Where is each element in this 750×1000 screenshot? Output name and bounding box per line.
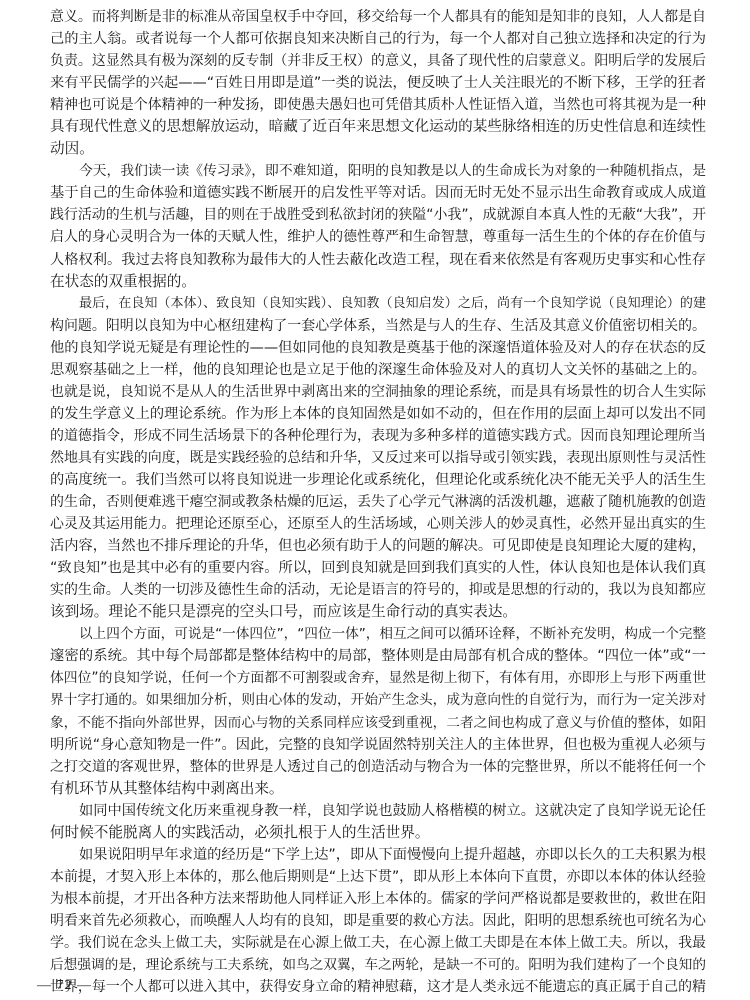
text-line: 学。我们说在念头上做工夫，实际就是在心源上做工夫，在心源上做工夫即是在本体上做工… <box>50 932 706 954</box>
paragraph: 最后，在良知（本体）、致良知（良知实践）、良知教（良知启发）之后，尚有一个良知学… <box>50 293 706 624</box>
text-line: 的道德指令，形成不同生活场景下的各种伦理行为，表现为多种多样的道德实践方式。因而… <box>50 425 706 447</box>
text-line: “致良知”也是其中必有的重要内容。所以，回到良知就是回到我们真实的人性，体认良知… <box>50 557 706 579</box>
text-line: 的生命，否则便难逃干瘪空洞或教条枯燥的厄运，丢失了心学元气淋漓的活泼机趣，遮蔽了… <box>50 491 706 513</box>
text-line: 意义。而将判断是非的标准从帝国皇权手中夺回，移交给每一个人都具有的能知是知非的良… <box>50 6 706 28</box>
text-line: 体四位”的良知学说，任何一个方面都不可割裂或舍弃，显然是彻上彻下，有体有用，亦即… <box>50 667 706 689</box>
book-page: 意义。而将判断是非的标准从帝国皇权手中夺回，移交给每一个人都具有的能知是知非的良… <box>0 0 750 1000</box>
text-line: 构问题。阳明以良知为中心枢纽建构了一套心学体系，当然是与人的生存、生活及其意义价… <box>50 315 706 337</box>
text-line: 后想强调的是，理论系统与工夫系统，如鸟之双翼，车之两轮，是缺一不可的。阳明为我们… <box>50 954 706 976</box>
text-line: 动因。 <box>50 138 706 160</box>
text-line: 人格权利。我过去将良知教称为最伟大的人性去蔽化改造工程，现在看来依然是有客观历史… <box>50 249 706 271</box>
text-line: 之打交道的客观世界，整体的世界是人透过自己的创造活动与物合为一体的完整世界，所以… <box>50 756 706 778</box>
text-line: 的高度统一。我们当然可以将良知说进一步理论化或系统化，但理论化或系统化决不能无关… <box>50 469 706 491</box>
text-line: 最后，在良知（本体）、致良知（良知实践）、良知教（良知启发）之后，尚有一个良知学… <box>50 293 706 315</box>
text-line: 世界，每一个人都可以进入其中，获得安身立命的精神慰藉，这才是人类永远不能遗忘的真… <box>50 976 706 998</box>
text-line: 思观察基础之上一样，他的良知理论也是立足于他的深邃生命体验及对人的真切人文关怀的… <box>50 359 706 381</box>
text-line: 来有平民儒学的兴起——“百姓日用即是道”一类的说法，便反映了士人关注眼光的不断下… <box>50 72 706 94</box>
text-line: 如果说阳明早年求道的经历是“下学上达”，即从下面慢慢向上提升超越，亦即以长久的工… <box>50 844 706 866</box>
text-line: 为根本前提，才开出各种方法来帮助他人同样证入形上本体的。儒家的学问严格说都是要救… <box>50 888 706 910</box>
text-line: 也就是说，良知说不是从人的生活世界中剥离出来的空洞抽象的理论系统，而是具有场景性… <box>50 381 706 403</box>
paragraph: 如果说阳明早年求道的经历是“下学上达”，即从下面慢慢向上提升超越，亦即以长久的工… <box>50 844 706 998</box>
text-line: 何时候不能脱离人的实践活动，必须扎根于人的生活世界。 <box>50 822 706 844</box>
text-line: 活内容，当然也不排斥理论的升华，但也必须有助于人的问题的解决。可见即使是良知理论… <box>50 535 706 557</box>
text-line: 然地具有实践的向度，既是实践经验的总结和升华，又反过来可以指导或引领实践，表现出… <box>50 447 706 469</box>
text-line: 本前提，才契入形上本体的，那么他后期则是“上达下贯”，即从形上本体向下直贯，亦即… <box>50 866 706 888</box>
paragraph: 今天，我们读一读《传习录》，即不难知道，阳明的良知教是以人的生命成长为对象的一种… <box>50 160 706 292</box>
paragraph: 意义。而将判断是非的标准从帝国皇权手中夺回，移交给每一个人都具有的能知是知非的良… <box>50 6 706 160</box>
body-text: 意义。而将判断是非的标准从帝国皇权手中夺回，移交给每一个人都具有的能知是知非的良… <box>50 6 706 998</box>
text-line: 负责。这显然具有极为深刻的反专制（并非反王权）的意义，具备了现代性的启蒙意义。阳… <box>50 50 706 72</box>
paragraph: 以上四个方面，可说是“一体四位”，“四位一体”，相互之间可以循环诠释，不断补充发… <box>50 623 706 799</box>
text-line: 明所说“身心意知物是一件”。因此，完整的良知学说固然特别关注人的主体世界，但也极… <box>50 734 706 756</box>
text-line: 象，不能不指向外部世界，因而心与物的关系同样应该受到重视，二者之间也构成了意义与… <box>50 712 706 734</box>
text-line: 有机环节从其整体结构中剥离出来。 <box>50 778 706 800</box>
text-line: 明看来首先必须救心，而唤醒人人均有的良知，即是重要的救心方法。因此，阳明的思想系… <box>50 910 706 932</box>
text-line: 具有现代性意义的思想解放运动，暗藏了近百年来思想文化运动的某些脉络相连的历史性信… <box>50 116 706 138</box>
text-line: 该到场。理论不能只是漂亮的空头口号，而应该是生命行动的真实表达。 <box>50 601 706 623</box>
text-line: 践行活动的生机与活趣，目的则在于战胜受到私欲封闭的狭隘“小我”，成就源自本真人性… <box>50 204 706 226</box>
paragraph: 如同中国传统文化历来重视身教一样，良知学说也鼓励人格楷模的树立。这就决定了良知学… <box>50 800 706 844</box>
text-line: 实的生命。人类的一切涉及德性生命的活动，无论是语言的符号的，抑或是思想的行动的，… <box>50 579 706 601</box>
text-line: 他的良知学说无疑是有理论性的——但如同他的良知教是奠基于他的深邃悟道体验及对人的… <box>50 337 706 359</box>
text-line: 启人的身心灵明合为一体的天赋人性，维护人的德性尊严和生命智慧，尊重每一活生生的个… <box>50 226 706 248</box>
text-line: 以上四个方面，可说是“一体四位”，“四位一体”，相互之间可以循环诠释，不断补充发… <box>50 623 706 645</box>
text-line: 精神也可说是个体精神的一种发扬，即使愚夫愚妇也可凭借其质朴人性证悟入道，当然也可… <box>50 94 706 116</box>
text-line: 在状态的双重根据的。 <box>50 271 706 293</box>
text-line: 如同中国传统文化历来重视身教一样，良知学说也鼓励人格楷模的树立。这就决定了良知学… <box>50 800 706 822</box>
text-line: 心灵及其运用能力。把理论还原至心，还原至人的生活场域，心则关涉人的妙灵真性，必然… <box>50 513 706 535</box>
page-number: — 72 — <box>37 978 92 994</box>
text-line: 今天，我们读一读《传习录》，即不难知道，阳明的良知教是以人的生命成长为对象的一种… <box>50 160 706 182</box>
text-line: 的发生学意义上的理论系统。作为形上本体的良知固然是如如不动的，但在作用的层面上却… <box>50 403 706 425</box>
text-line: 基于自己的生命体验和道德实践不断展开的启发性平等对话。因而无时无处不显示出生命教… <box>50 182 706 204</box>
text-line: 界十字打通的。如果细加分析，则由心体的发动，开始产生念头，成为意向性的自觉行为，… <box>50 689 706 711</box>
text-line: 己的主人翁。或者说每一个人都可依据良知来决断自己的行为，每一个人都对自己独立选择… <box>50 28 706 50</box>
text-line: 邃密的系统。其中每个局部都是整体结构中的局部，整体则是由局部有机合成的整体。“四… <box>50 645 706 667</box>
